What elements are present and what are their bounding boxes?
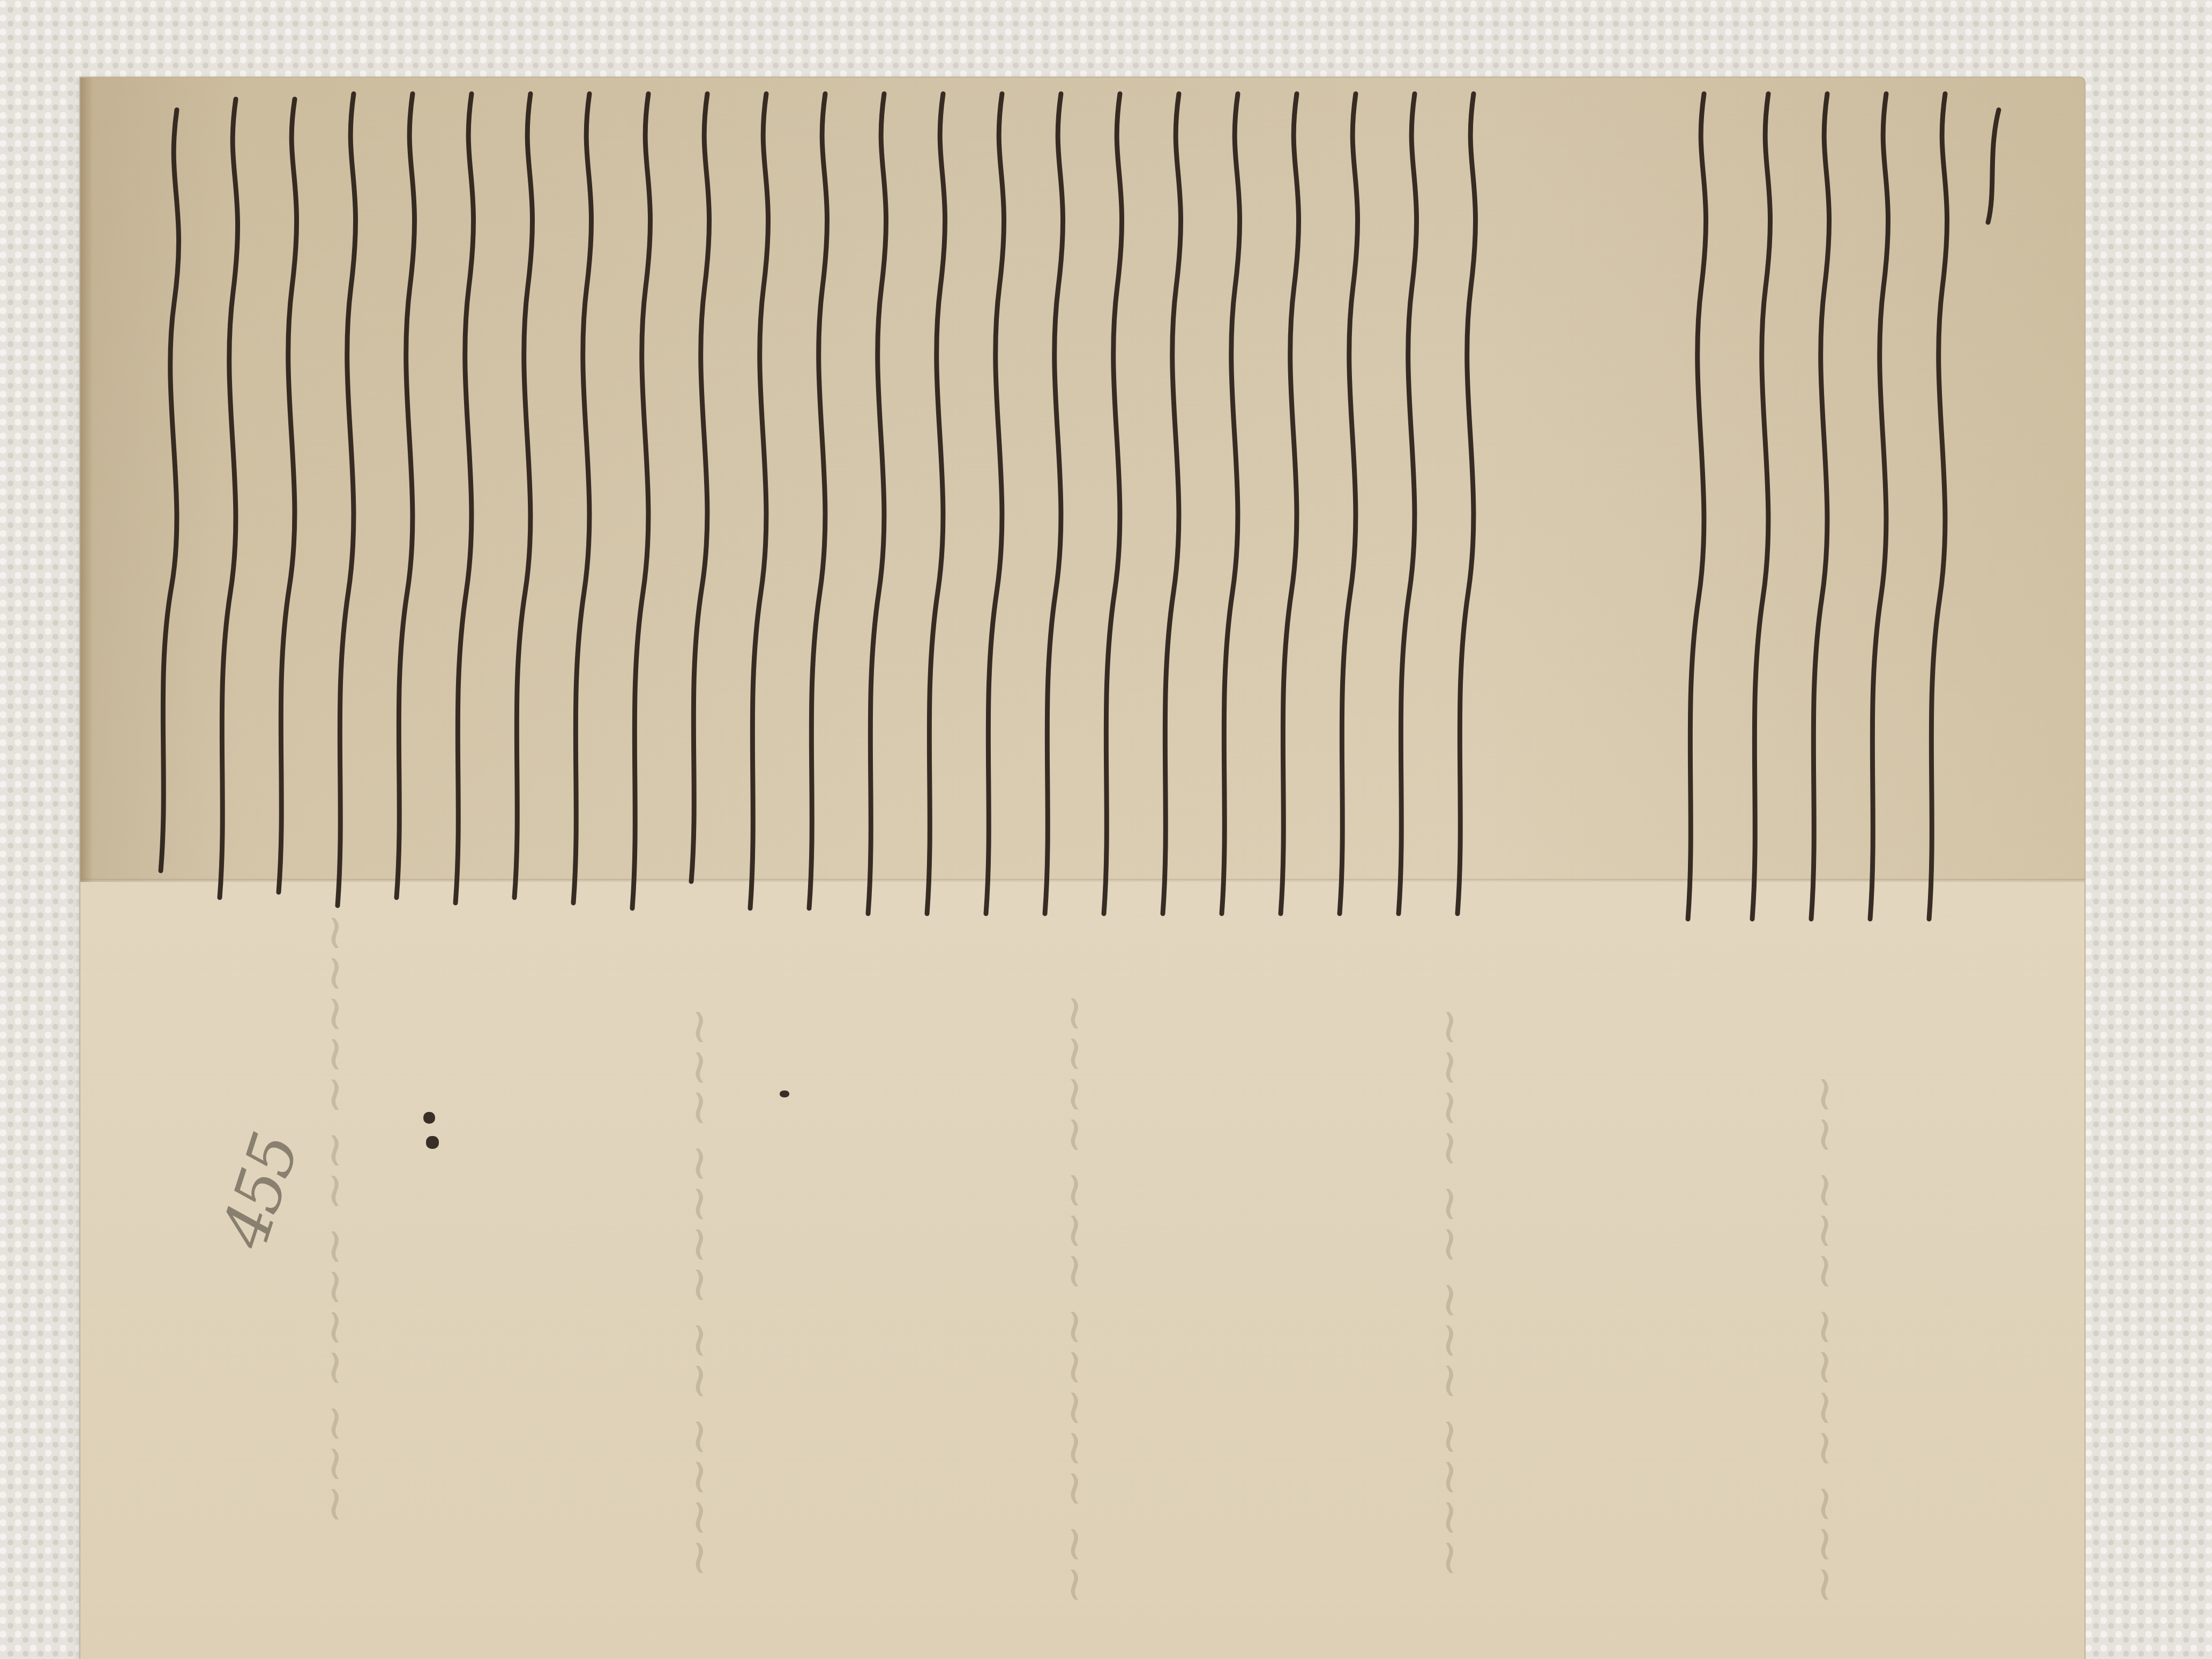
bleed-through-text: ~~~~ ~~ ~~~~ ~~~ (670, 1007, 726, 1578)
bleed-through-text: ~~~ ~~~~ ~~~ ~~ (1795, 1074, 1851, 1605)
bleed-through-text: ~~~~ ~~~ ~~ ~~~~ (1420, 1007, 1476, 1578)
ink-spot (426, 1136, 439, 1149)
bleed-through-text: ~~ ~~~~~ ~~~ ~~~~ (1045, 993, 1101, 1605)
manuscript-page: 455 ~~~ ~~~~ ~~ ~~~~~ ~~~~ ~~ ~~~~ ~~~ ~… (80, 78, 2084, 1659)
bleed-through-text: ~~~ ~~~~ ~~ ~~~~~ (305, 913, 362, 1525)
ink-spot (780, 1090, 789, 1097)
ink-spot (423, 1112, 435, 1124)
